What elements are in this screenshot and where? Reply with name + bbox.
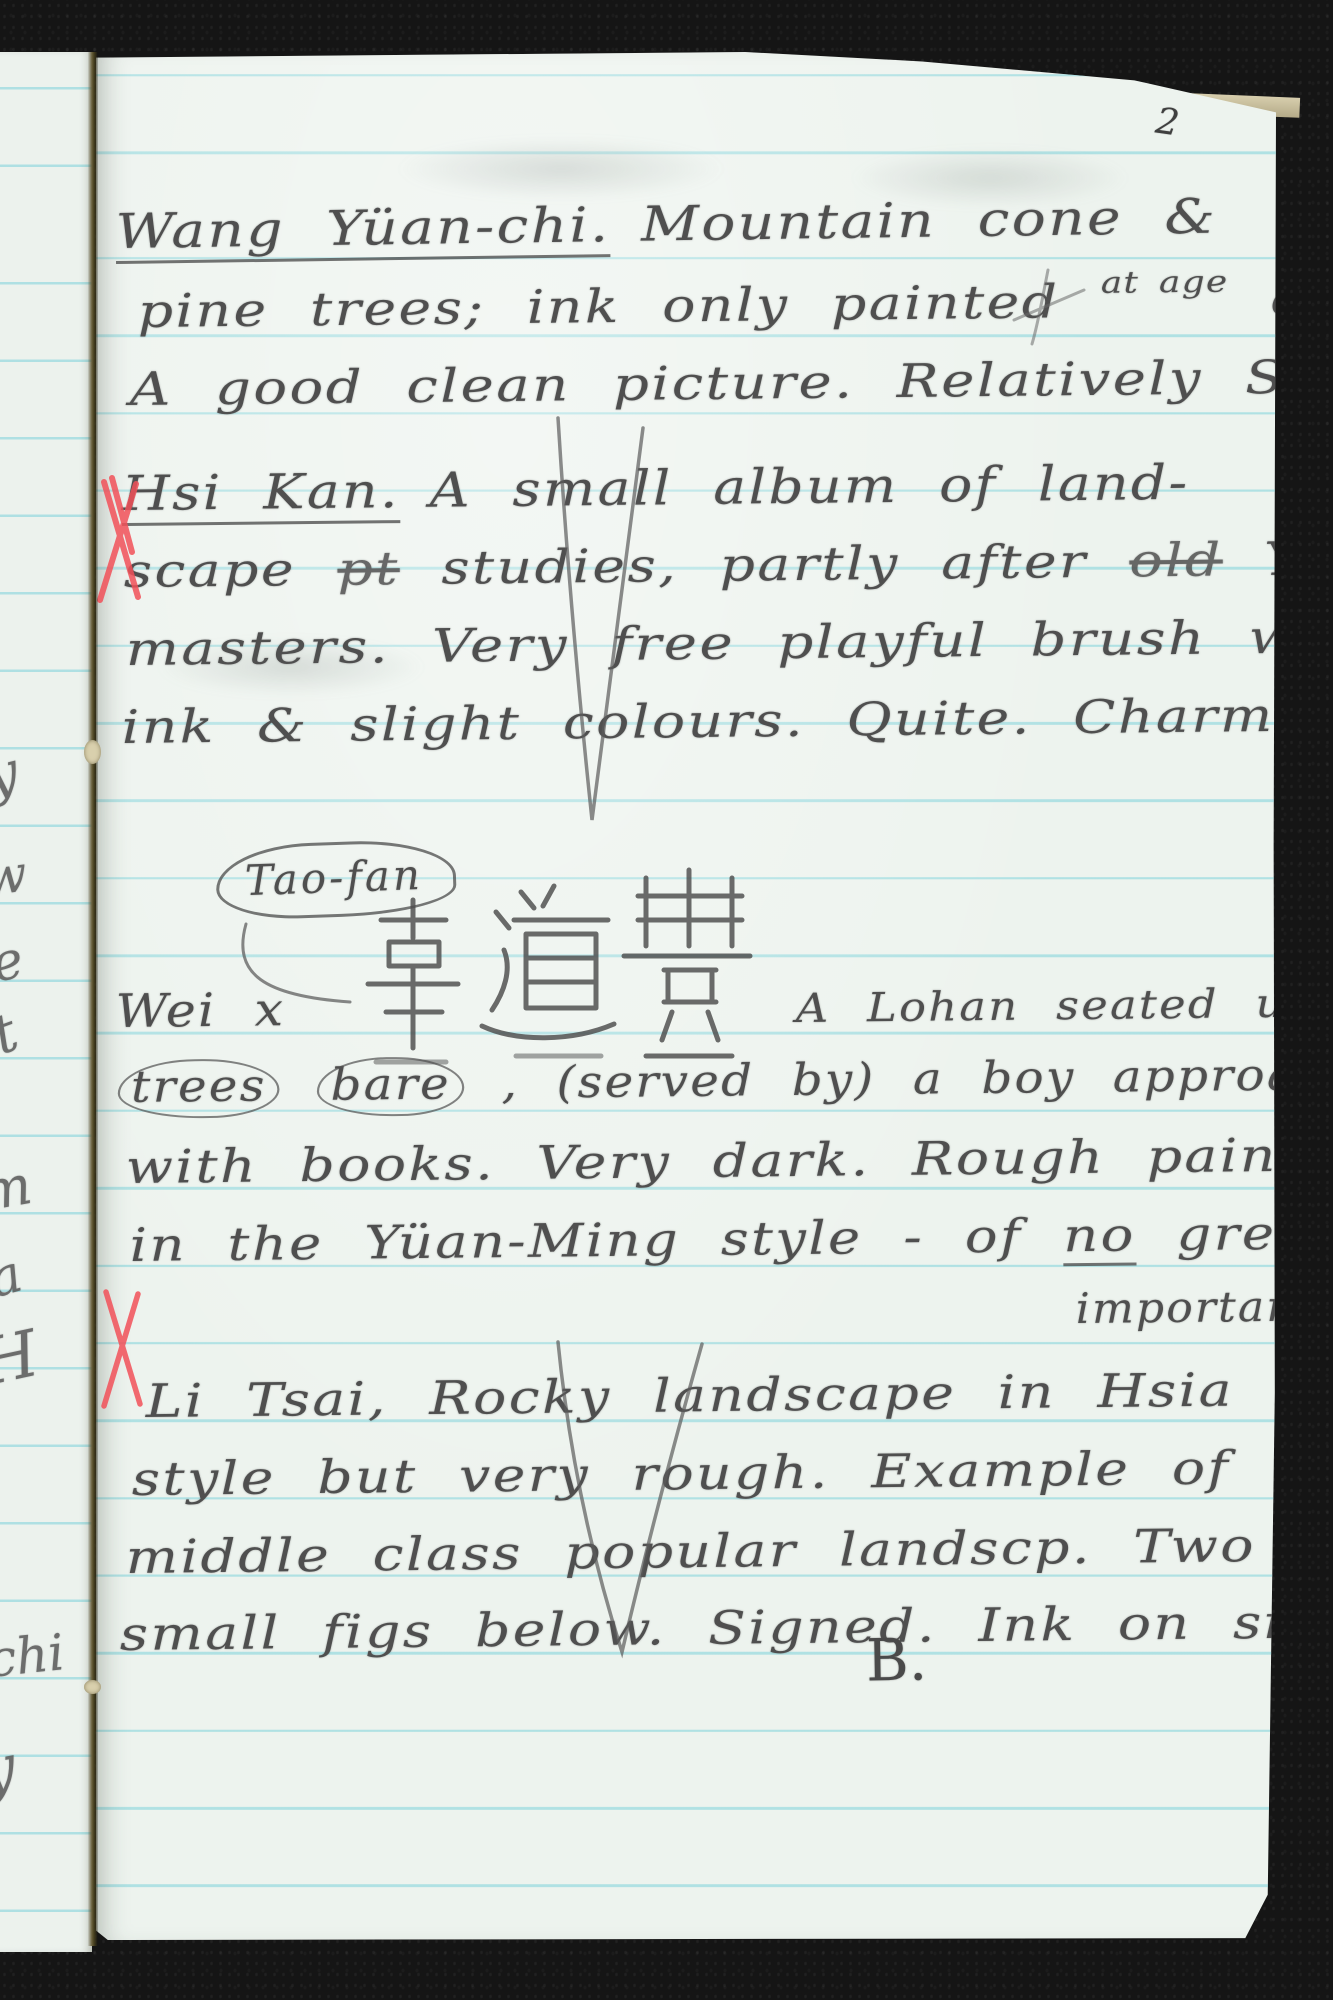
entry-wang-line-2-end: of 70 -: [1270, 270, 1276, 326]
entry-hsi-line-2-start: scape: [123, 542, 296, 598]
entry-wei-line-4-end: great: [1176, 1205, 1276, 1261]
entry-wang-line-2: pine trees; ink only painted at age of 7…: [137, 270, 1276, 338]
entry-wang-line-3: A good clean picture. Relatively Small.: [129, 348, 1276, 416]
entry-wang-line-1-text: Mountain cone &: [610, 189, 1218, 253]
entry-li-line-3: middle class popular landscp. Two: [125, 1518, 1256, 1584]
entry-wei-line-1-end: A Lohan seated under: [796, 980, 1276, 1032]
entry-li-line-4: small figs below. Signed. Ink on silk: [119, 1594, 1276, 1661]
entry-hsi-line-1-text: A small album of land-: [399, 455, 1189, 519]
entry-wang-line-1: Wang Yüan-chi.Mountain cone &: [115, 189, 1217, 260]
ink-bleedthrough-smudge: [396, 138, 726, 200]
entry-wei-line-3: with books. Very dark. Rough painting: [125, 1127, 1276, 1194]
facing-page-fragment: chi: [0, 1623, 67, 1689]
facing-page-fragment: H: [0, 1317, 45, 1401]
entry-hsi-line-2-mid: studies, partly after: [441, 534, 1088, 595]
entry-wei-line-5: importance: [1075, 1281, 1276, 1333]
facing-page-edge: y w e t m a H chi y: [0, 52, 92, 1952]
stitch-hole: [84, 1680, 101, 1694]
entry-wang-line-2-start: pine trees; ink only painted: [137, 274, 1059, 338]
binding-gutter: [88, 52, 98, 1946]
entry-hsi-line-2: scape pt studies, partly after old Yüan: [123, 531, 1276, 598]
circled-word-trees: trees: [117, 1058, 280, 1119]
entry-hsi-line-4: ink & slight colours. Quite. Charming -: [121, 686, 1276, 754]
facing-page-fragment: e: [0, 929, 29, 994]
facing-page-fragment: a: [0, 1244, 29, 1310]
grade-mark: B.: [865, 1625, 927, 1694]
entry-hsi-line-3: masters. Very free playful brush work,: [125, 608, 1276, 676]
entry-wei-line-4-start: in the Yüan-Ming style - of: [129, 1209, 1022, 1272]
chinese-characters-drawing: [346, 850, 756, 1100]
crossed-out-word: pt: [337, 541, 400, 596]
entry-hsi-line-2-end: Yüan: [1264, 531, 1276, 587]
artist-name-wang: Wang Yüan-chi.: [115, 197, 611, 264]
underlined-word-no: no: [1063, 1207, 1136, 1266]
red-x-mark: [104, 1292, 140, 1406]
facing-page-fragment: w: [0, 844, 31, 907]
facing-page-fragment: y: [0, 1730, 21, 1808]
entry-wei-line-4: in the Yüan-Ming style - of no great: [129, 1205, 1276, 1272]
facing-page-fragment: t: [0, 1000, 26, 1067]
entry-li-line-1: Li Tsai, Rocky landscape in Hsia Kuei: [145, 1361, 1276, 1428]
notebook-page: 2 Wang Yüan-chi.Mountain cone & pine tre…: [96, 52, 1276, 1940]
page-number: 2: [1153, 101, 1181, 145]
entry-hsi-line-1: Hsi Kan.A small album of land-: [121, 455, 1189, 522]
entry-wang-insertion: at age: [1101, 265, 1229, 301]
facing-page-fragment: y: [0, 739, 25, 810]
entry-li-line-2: style but very rough. Example of the: [131, 1439, 1276, 1506]
entry-wei-line-1-start: Wei x: [115, 982, 285, 1038]
crossed-out-word: old: [1129, 532, 1223, 587]
facing-page-fragment: m: [0, 1153, 36, 1224]
notebook-photo: y w e t m a H chi y 2 Wang Yüan-chi.Moun…: [0, 0, 1333, 2000]
stitch-hole: [84, 740, 101, 764]
artist-name-hsi: Hsi Kan.: [121, 463, 400, 526]
